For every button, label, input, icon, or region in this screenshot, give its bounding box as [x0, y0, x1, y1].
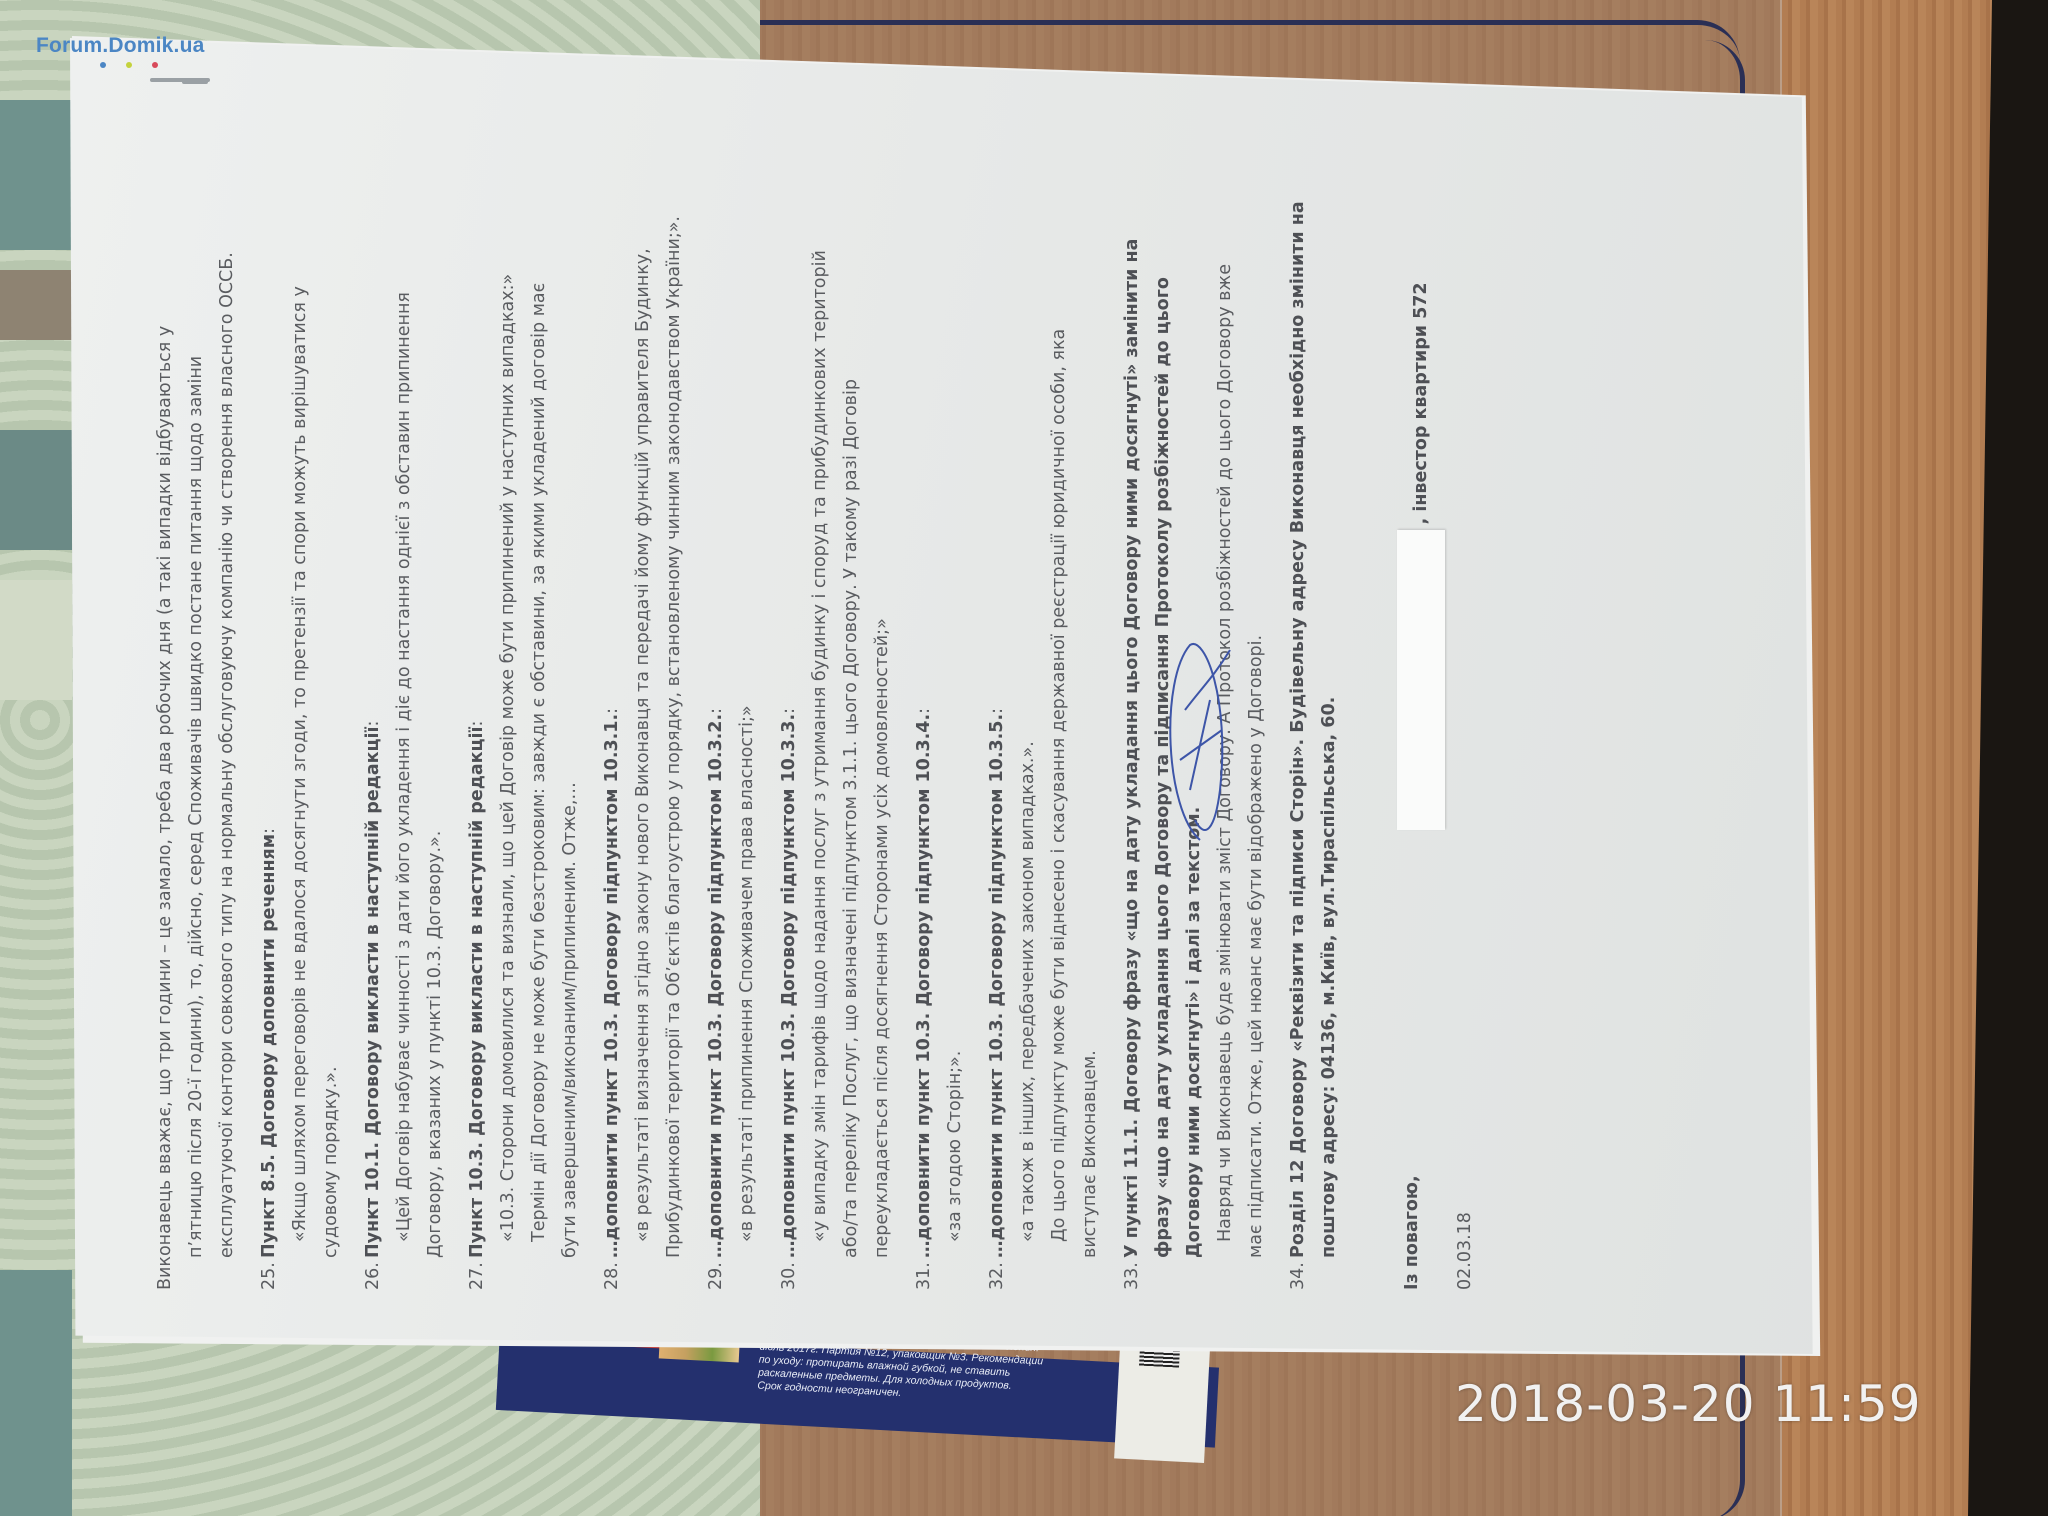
item-number: 27. — [462, 1258, 493, 1290]
watermark-dots — [100, 62, 158, 68]
quoted-text: «за згодою Сторін;». — [940, 190, 971, 1290]
item-number: 30. — [774, 1258, 805, 1290]
amendment-item: 25.Пункт 8.5. Договору доповнити речення… — [254, 190, 347, 1290]
amendment-item: 32.…доповнити пункт 10.3. Договору підпу… — [982, 190, 1106, 1290]
item-number: 31. — [909, 1258, 940, 1290]
comment-text: Термін дії Договору не може бути безстро… — [524, 190, 555, 1290]
item-number: 26. — [358, 1258, 389, 1290]
quoted-text: Прибудинкової території та Об’єктів благ… — [659, 190, 690, 1290]
staple — [182, 80, 208, 84]
intro-paragraph: Виконавець вважає, що три години – це за… — [150, 190, 243, 1290]
camera-timestamp: 2018-03-20 11:59 — [1455, 1375, 1922, 1433]
quoted-text: «а також в інших, передбачених законом в… — [1013, 190, 1044, 1290]
quoted-text: переукладається після досягнення Сторона… — [867, 190, 898, 1290]
item-heading: …доповнити пункт 10.3. Договору підпункт… — [706, 714, 726, 1258]
signature-block: Із повагою, 02.03.18 , інвестор квартири… — [1397, 190, 1481, 1290]
comment-text: До цього підпункту може бути віднесено і… — [1044, 190, 1075, 1290]
document-body: Виконавець вважає, що три години – це за… — [150, 190, 1450, 1290]
item-heading: Пункт 10.3. Договору викласти в наступні… — [467, 727, 487, 1259]
amendment-item: 26.Пункт 10.1. Договору викласти в насту… — [358, 190, 451, 1290]
handwritten-signature — [1160, 630, 1240, 850]
item-number: 32. — [982, 1258, 1013, 1290]
item-number: 28. — [597, 1258, 628, 1290]
quoted-text: або/та переліку Послуг, що визначені під… — [836, 190, 867, 1290]
amendment-item: 27.Пункт 10.3. Договору викласти в насту… — [462, 190, 586, 1290]
quoted-text: судовому порядку.». — [316, 190, 347, 1290]
quoted-text: «Якщо шляхом переговорів не вдалося дося… — [285, 190, 316, 1290]
redacted-name — [1397, 530, 1445, 830]
item-heading: У пункті 11.1. Договору фразу «що на дат… — [1122, 239, 1142, 1258]
item-number: 33. — [1117, 1258, 1148, 1290]
dot-icon — [152, 62, 158, 68]
comment-text: має підписати. Отже, цей нюанс має бути … — [1241, 190, 1272, 1290]
item-heading: …доповнити пункт 10.3. Договору підпункт… — [914, 714, 934, 1258]
item-heading: Розділ 12 Договору «Реквізити та підписи… — [1288, 201, 1308, 1258]
quoted-text: Договору, вказаних у пункті 10.3. Догово… — [420, 190, 451, 1290]
signer-role: , інвестор квартири 572 — [1411, 282, 1431, 524]
quoted-text: «в результаті визначення згідно закону н… — [628, 190, 659, 1290]
amendment-item: 28.…доповнити пункт 10.3. Договору підпу… — [597, 190, 690, 1290]
item-heading: Договору ними досягнуті» і далі за текст… — [1184, 807, 1204, 1258]
quoted-text: «у випадку змін тарифів щодо надання пос… — [805, 190, 836, 1290]
amendment-item: 31.…доповнити пункт 10.3. Договору підпу… — [909, 190, 971, 1290]
letter-date: 02.03.18 — [1450, 830, 1481, 1290]
item-heading: Пункт 10.1. Договору викласти в наступні… — [363, 727, 383, 1259]
item-heading: Пункт 8.5. Договору доповнити реченням — [259, 834, 279, 1258]
item-heading: …доповнити пункт 10.3. Договору підпункт… — [602, 714, 622, 1258]
amendment-item: 29.…доповнити пункт 10.3. Договору підпу… — [701, 190, 763, 1290]
comment-text: виступає Виконавцем. — [1075, 190, 1106, 1290]
dot-icon — [126, 62, 132, 68]
quoted-text: «Цей Договір набуває чинності з дати йог… — [389, 190, 420, 1290]
amendment-item: 30.…доповнити пункт 10.3. Договору підпу… — [774, 190, 898, 1290]
comment-text: бути завершеним/виконаним/припиненим. От… — [555, 190, 586, 1290]
item-heading: …доповнити пункт 10.3. Договору підпункт… — [987, 714, 1007, 1258]
quoted-text: «в результаті припинення Споживачем прав… — [732, 190, 763, 1290]
amendment-item: 34.Розділ 12 Договору «Реквізити та підп… — [1283, 190, 1345, 1290]
item-heading: …доповнити пункт 10.3. Договору підпункт… — [779, 714, 799, 1258]
site-watermark: Forum.Domik.ua — [36, 34, 204, 58]
item-heading: поштову адресу: 04136, м.Київ, вул.Тирас… — [1319, 697, 1339, 1258]
salutation: Із повагою, — [1397, 830, 1428, 1290]
item-number: 29. — [701, 1258, 732, 1290]
dot-icon — [100, 62, 106, 68]
item-number: 25. — [254, 1258, 285, 1290]
quoted-text: «10.3. Сторони домовилися та визнали, що… — [493, 190, 524, 1290]
item-number: 34. — [1283, 1258, 1314, 1290]
